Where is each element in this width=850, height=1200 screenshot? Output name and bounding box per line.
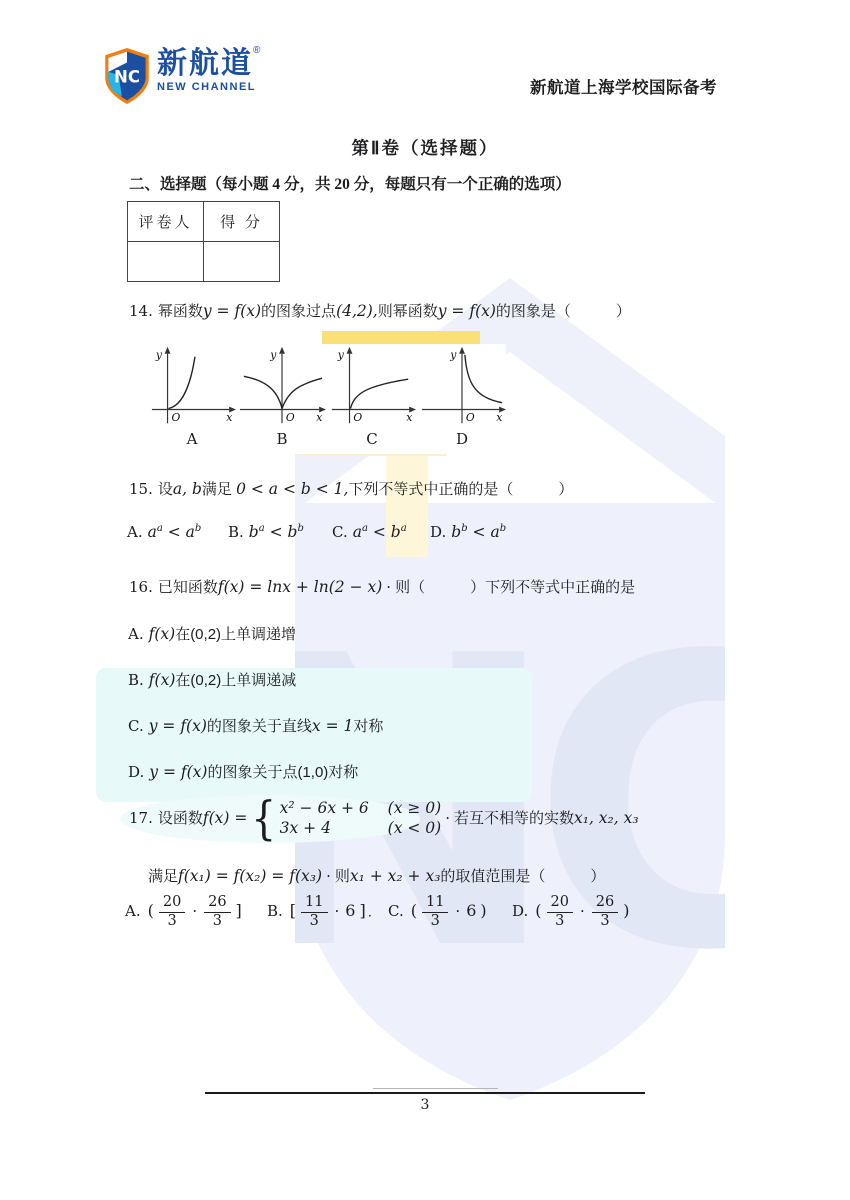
- option-label: A.: [128, 625, 144, 643]
- option-16-b: B.f(x)在(0,2)上单调递减: [128, 670, 296, 692]
- math-operator: <: [368, 523, 391, 541]
- q16c-text: 对称: [353, 718, 383, 735]
- option-label: B.: [128, 671, 144, 689]
- option-label: C.: [388, 902, 404, 920]
- piecewise-brace: {: [252, 798, 277, 839]
- fraction-denominator: 3: [422, 913, 448, 930]
- fraction-denominator: 3: [301, 913, 327, 930]
- school-header: 新航道上海学校国际备考: [530, 74, 790, 98]
- q17-text: 设函数: [158, 808, 203, 829]
- question-15-number: 15.: [129, 480, 153, 498]
- q16c-math: y = f(x): [149, 717, 207, 735]
- bracket: ): [480, 901, 486, 920]
- graph-option-c: y x O C: [328, 344, 416, 454]
- q17-math: x₁ + x₂ + x₃: [350, 867, 441, 885]
- bracket: ]: [359, 901, 365, 920]
- q17-text: 若互不相等的实数: [454, 808, 574, 829]
- question-17-number: 17.: [129, 808, 153, 829]
- section-heading: 二、选择题（每小题 4 分，共 20 分，每题只有一个正确的选项）: [129, 172, 571, 194]
- q17-text: 的取值范围是（ ）: [440, 868, 605, 885]
- origin-label: O: [466, 411, 475, 424]
- option-label: C.: [332, 523, 348, 541]
- scalar-value: 6: [466, 901, 476, 920]
- question-14: 14.幂函数y = f(x)的图象过点(4,2),则幂函数y = f(x)的图象…: [129, 301, 631, 323]
- math-exponent: b: [195, 523, 201, 534]
- page-title: 第Ⅱ卷（选择题）: [0, 135, 850, 160]
- q16c-math: x = 1: [312, 717, 353, 735]
- fraction-numerator: 26: [204, 895, 230, 913]
- header-logo: NC 新航道® NEW CHANNEL: [103, 47, 260, 105]
- q16-math: f(x) = lnx + ln(2 − x): [218, 578, 382, 596]
- math-base: a: [148, 523, 157, 541]
- option-17-d: D.(203·263): [512, 895, 631, 930]
- option-label: B.: [228, 523, 244, 541]
- fraction-numerator: 11: [301, 895, 327, 913]
- separator-dot: ·: [445, 808, 450, 829]
- option-15-d: D.bb < ab: [430, 523, 506, 541]
- bracket: ]: [236, 901, 242, 920]
- q16-text: 则（ ）下列不等式中正确的是: [395, 579, 635, 596]
- q14-math: y = f(x): [203, 302, 261, 320]
- question-16-number: 16.: [129, 578, 153, 596]
- math-exponent: b: [297, 523, 303, 534]
- q15-math: a, b: [173, 480, 202, 498]
- question-17-options: A.(203·263] B.[113·6]. C.(113·6) D.(203·…: [125, 895, 785, 945]
- q14-graph-options: y x O A y x O B y x: [148, 344, 506, 454]
- brand-english: NEW CHANNEL: [157, 81, 260, 93]
- q15-text: 设: [158, 481, 173, 498]
- graph-label-a: A: [148, 430, 236, 448]
- fraction-denominator: 3: [547, 913, 573, 930]
- math-base: a: [186, 523, 195, 541]
- q15-text: 满足: [202, 481, 236, 498]
- option-15-c: C.aa < ba: [332, 523, 407, 541]
- piecewise-rows: x² − 6x + 6(x ≥ 0) 3x + 4(x < 0): [280, 799, 442, 838]
- math-base: a: [490, 523, 499, 541]
- q17-text: 则: [335, 868, 350, 885]
- separator-dot: ·: [386, 578, 391, 596]
- question-14-number: 14.: [129, 302, 153, 320]
- x-axis-label: x: [226, 411, 232, 424]
- question-17: 17.设函数f(x) = { x² − 6x + 6(x ≥ 0) 3x + 4…: [129, 798, 639, 839]
- q14-text: 幂函数: [158, 303, 203, 320]
- bracket: (: [535, 901, 541, 920]
- question-15: 15.设a, b满足 0 < a < b < 1,下列不等式中正确的是（ ）: [129, 479, 573, 501]
- option-17-a: A.(203·263]: [125, 895, 244, 930]
- piecewise-expr-1: x² − 6x + 6: [280, 799, 388, 818]
- q15-text: 下列不等式中正确的是（ ）: [348, 481, 573, 498]
- graph-label-b: B: [238, 430, 326, 448]
- bracket: (: [148, 901, 154, 920]
- piecewise-expr-2: 3x + 4: [280, 819, 388, 838]
- separator-dot: ·: [192, 902, 197, 920]
- math-base: b: [249, 523, 259, 541]
- q17-math: f(x) =: [203, 808, 248, 830]
- y-axis-label: y: [449, 349, 457, 362]
- fraction-denominator: 3: [592, 913, 618, 930]
- option-label: B.: [267, 902, 283, 920]
- math-base: a: [353, 523, 362, 541]
- q16b-text: 在(0,2)上单调递减: [175, 672, 296, 689]
- separator-dot: ·: [580, 902, 585, 920]
- separator-dot: ·: [335, 902, 340, 920]
- q17-text: 满足: [148, 868, 178, 885]
- fraction-numerator: 20: [547, 895, 573, 913]
- separator-dot: ·: [326, 867, 331, 885]
- x-axis-label: x: [496, 411, 502, 424]
- math-operator: <: [468, 523, 491, 541]
- math-base: b: [451, 523, 461, 541]
- footer-rule: [205, 1092, 645, 1094]
- option-label: D.: [128, 763, 144, 781]
- q16d-math: y = f(x): [149, 763, 207, 781]
- x-axis-label: x: [316, 411, 322, 424]
- math-base: b: [288, 523, 298, 541]
- q14-text: 的图象是（ ）: [496, 303, 631, 320]
- origin-label: O: [171, 411, 180, 424]
- logo-monogram: NC: [114, 68, 140, 87]
- math-base: b: [391, 523, 401, 541]
- grader-empty-cell: [128, 242, 204, 282]
- question-15-options: A.aa < ab B.ba < bb C.aa < ba D.bb < ab: [127, 523, 727, 547]
- q16b-math: f(x): [149, 671, 176, 689]
- question-17-line2: 满足f(x₁) = f(x₂) = f(x₃)·则x₁ + x₂ + x₃的取值…: [148, 866, 605, 888]
- fraction-denominator: 3: [204, 913, 230, 930]
- page-number: 3: [0, 1097, 850, 1113]
- q14-math: y = f(x): [438, 302, 496, 320]
- fraction-numerator: 11: [422, 895, 448, 913]
- option-15-a: A.aa < ab: [127, 523, 201, 541]
- grader-header-cell: 评卷人: [128, 202, 204, 242]
- separator-dot: ·: [455, 902, 460, 920]
- option-label: D.: [430, 523, 446, 541]
- piecewise-cond-2: (x < 0): [388, 819, 442, 838]
- q17-math: x₁, x₂, x₃: [574, 808, 639, 830]
- graph-label-d: D: [418, 430, 506, 448]
- q16a-text: 在(0,2)上单调递增: [175, 626, 296, 643]
- piecewise-cond-1: (x ≥ 0): [388, 799, 442, 818]
- option-17-b: B.[113·6].: [267, 895, 372, 930]
- score-empty-cell: [204, 242, 280, 282]
- fraction-numerator: 20: [159, 895, 185, 913]
- score-table: 评卷人 得 分: [127, 201, 280, 282]
- scalar-value: 6: [345, 901, 355, 920]
- bracket: [: [290, 901, 296, 920]
- origin-label: O: [353, 411, 362, 424]
- option-label: A.: [125, 902, 141, 920]
- graph-option-a: y x O A: [148, 344, 236, 454]
- origin-label: O: [286, 411, 295, 424]
- option-16-c: C.y = f(x)的图象关于直线x = 1对称: [128, 716, 383, 738]
- footer-rule-light: [373, 1088, 498, 1089]
- nc-shield-icon: NC: [103, 47, 151, 105]
- graph-option-b: y x O B: [238, 344, 326, 454]
- q16a-math: f(x): [149, 625, 176, 643]
- score-header-cell: 得 分: [204, 202, 280, 242]
- math-exponent: a: [401, 523, 407, 534]
- exam-page: NC NC 新航道® NEW CHANNEL 新航道上海学校国际备考 第Ⅱ卷（选…: [0, 0, 850, 1200]
- option-label: D.: [512, 902, 528, 920]
- fraction-numerator: 26: [592, 895, 618, 913]
- q16c-text: 的图象关于直线: [207, 718, 312, 735]
- option-label: C.: [128, 717, 144, 735]
- graph-label-c: C: [328, 430, 416, 448]
- option-16-a: A.f(x)在(0,2)上单调递增: [128, 624, 296, 646]
- math-operator: <: [163, 523, 186, 541]
- y-axis-label: y: [155, 349, 163, 362]
- option-16-d: D.y = f(x)的图象关于点(1,0)对称: [128, 762, 358, 784]
- option-17-c: C.(113·6): [388, 895, 489, 930]
- x-axis-label: x: [406, 411, 412, 424]
- option-label: A.: [127, 523, 143, 541]
- q14-text: 的图象过点: [261, 303, 336, 320]
- y-axis-label: y: [269, 349, 277, 362]
- q16-text: 已知函数: [158, 579, 218, 596]
- brand-chinese: 新航道: [157, 47, 253, 80]
- q14-text: 则幂函数: [378, 303, 438, 320]
- math-exponent: b: [500, 523, 506, 534]
- bracket: (: [411, 901, 417, 920]
- q14-math: (4,2),: [336, 302, 378, 320]
- q15-math: 0 < a < b < 1,: [236, 480, 348, 498]
- math-operator: <: [265, 523, 288, 541]
- option-15-b: B.ba < bb: [228, 523, 304, 541]
- yellow-highlight: [322, 331, 480, 345]
- fraction-denominator: 3: [159, 913, 185, 930]
- graph-option-d: y x O D: [418, 344, 506, 454]
- trailing-mark: .: [368, 903, 372, 920]
- q17-math: f(x₁) = f(x₂) = f(x₃): [178, 867, 322, 885]
- q16d-text: 的图象关于点(1,0)对称: [207, 764, 358, 781]
- y-axis-label: y: [337, 349, 345, 362]
- bracket: ): [623, 901, 629, 920]
- question-16: 16.已知函数f(x) = lnx + ln(2 − x)·则（ ）下列不等式中…: [129, 577, 635, 599]
- registered-mark: ®: [253, 45, 260, 56]
